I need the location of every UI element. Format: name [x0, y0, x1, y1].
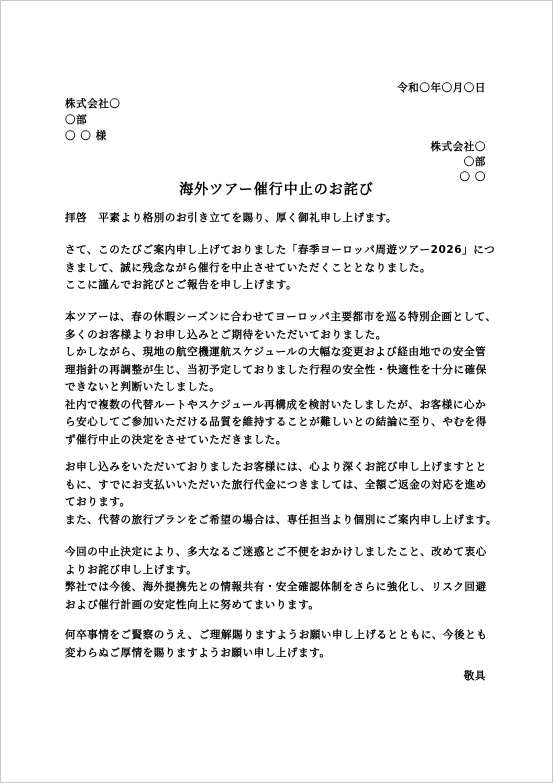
paragraph-intro: さて、このたびご案内申し上げておりました「春季ヨーロッパ周遊ツアー2026」につ… [65, 242, 495, 295]
paragraph-line: もに、すでにお支払いいただいた旅行代金につきましては、全額ご返金の対応を進め [65, 477, 495, 495]
paragraph-line: 今回の中止決定により、多大なるご迷惑とご不便をおかけしましたこと、改めて衷心 [65, 544, 495, 562]
paragraph-line: 何卒事情をご賢察のうえ、ご理解賜りますようお願い申し上げるとともに、今後とも [65, 627, 495, 645]
paragraph-line: および催行計画の安定性向上に努めてまいります。 [65, 597, 495, 615]
paragraph-line: 変わらぬご厚情を賜りますようお願い申し上げます。 [65, 645, 495, 663]
paragraph-line: さて、このたびご案内申し上げておりました「春季ヨーロッパ周遊ツアー2026」につ [65, 242, 495, 260]
date: 令和〇年〇月〇日 [397, 82, 486, 94]
paragraph-line: また、代替の旅行プランをご希望の場合は、専任担当より個別にご案内申し上げます。 [65, 512, 495, 530]
paragraph-line: 理指針の再調整が生じ、当初予定しておりました行程の安全性・快適性を十分に確保 [65, 362, 495, 380]
paragraph-line: ております。 [65, 494, 495, 512]
paragraph-refund: お申し込みをいただいておりましたお客様には、心より深くお詫び申し上げますとと も… [65, 459, 495, 529]
paragraph-line: しかしながら、現地の航空機運航スケジュールの大幅な変更および経由地での安全管 [65, 344, 495, 362]
paragraph-closing-request: 何卒事情をご賢察のうえ、ご理解賜りますようお願い申し上げるとともに、今後とも 変… [65, 627, 495, 662]
paragraph-reason: 本ツアーは、春の休暇シーズンに合わせてヨーロッパ主要都市を巡る特別企画として、 … [65, 309, 495, 449]
document-title: 海外ツアー催行中止のお詫び [1, 182, 552, 198]
paragraph-line: ら安心してご参加いただける品質を維持することが難しいとの結論に至り、やむを得 [65, 414, 495, 432]
paragraph-line: できないと判断いたしました。 [65, 379, 495, 397]
paragraph-line: よりお詫び申し上げます。 [65, 562, 495, 580]
closing-word: 敬具 [464, 670, 486, 682]
paragraph-apology: 今回の中止決定により、多大なるご迷惑とご不便をおかけしましたこと、改めて衷心 よ… [65, 544, 495, 614]
paragraph-line: きまして、誠に残念ながら催行を中止させていただくこととなりました。 [65, 260, 495, 278]
greeting: 拝啓 平素より格別のお引き立てを賜り、厚く御礼申し上げます。 [65, 212, 397, 224]
document-page: 令和〇年〇月〇日 株式会社〇 〇部 〇 〇 様 株式会社〇 〇部 〇 〇 海外ツ… [0, 0, 553, 783]
paragraph-line: 多くのお客様よりお申し込みとご期待をいただいておりました。 [65, 327, 495, 345]
paragraph-line: ここに謹んでお詫びとご報告を申し上げます。 [65, 277, 495, 295]
paragraph-line: ず催行中止の決定をさせていただきました。 [65, 432, 495, 450]
sender-department: 〇部 [464, 156, 486, 168]
recipient-company: 株式会社〇 [65, 98, 121, 110]
recipient-department: 〇部 [65, 114, 87, 126]
paragraph-line: 本ツアーは、春の休暇シーズンに合わせてヨーロッパ主要都市を巡る特別企画として、 [65, 309, 495, 327]
paragraph-line: 弊社では今後、海外提携先との情報共有・安全確認体制をさらに強化し、リスク回避 [65, 579, 495, 597]
paragraph-line: 社内で複数の代替ルートやスケジュール再構成を検討いたしましたが、お客様に心か [65, 397, 495, 415]
sender-company: 株式会社〇 [431, 141, 487, 153]
recipient-name: 〇 〇 様 [65, 130, 107, 142]
paragraph-line: お申し込みをいただいておりましたお客様には、心より深くお詫び申し上げますとと [65, 459, 495, 477]
